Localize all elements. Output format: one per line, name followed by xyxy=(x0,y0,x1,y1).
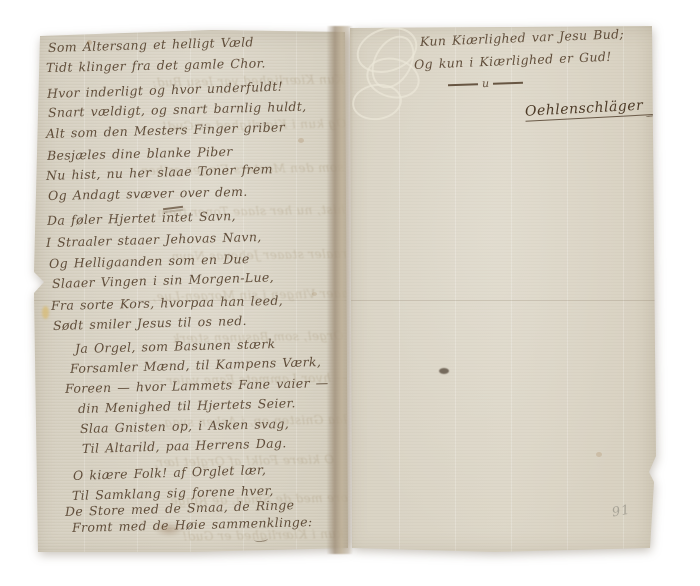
center-fold-crease xyxy=(327,26,353,554)
pencil-number: 91 xyxy=(611,503,632,521)
handwritten-line: Alt som den Mesters Finger griber xyxy=(46,119,285,141)
closing-divider: u xyxy=(448,79,523,90)
horizontal-crease xyxy=(344,300,666,301)
author-signature: Oehlenschläger xyxy=(525,96,670,122)
divider-bar xyxy=(448,84,478,87)
handwritten-line: Hvor inderligt og hvor underfuldt! xyxy=(47,79,283,101)
manuscript-page-right: Kun Kiærlighed var Jesu Bud;Og kun i Kiæ… xyxy=(344,24,666,556)
foxing-spot xyxy=(596,452,602,457)
paper-right: Kun Kiærlighed var Jesu Bud;Og kun i Kiæ… xyxy=(344,24,666,556)
divider-bar xyxy=(493,82,523,85)
handwritten-line: Og Helligaanden som en Due xyxy=(49,251,250,271)
handwritten-line: Tidt klinger fra det gamle Chor. xyxy=(46,55,266,75)
foxing-spot xyxy=(298,138,304,143)
handwritten-line: I Straaler staaer Jehovas Navn, xyxy=(46,229,262,250)
manuscript-page-left: Kun Kiærlighed var Jesu Bud;Og kun i Kiæ… xyxy=(32,30,352,558)
handwritten-line: O kiære Folk! af Orglet lær, xyxy=(73,462,267,483)
handwritten-line: Kun Kiærlighed var Jesu Bud; xyxy=(420,26,625,49)
handwritten-line: Besjæles dine blanke Piber xyxy=(47,144,233,163)
divider-flourish-mark: u xyxy=(478,80,493,89)
paper-watermark xyxy=(351,19,424,80)
handwritten-line: Foreen — hvor Lammets Fane vaier — xyxy=(65,375,329,396)
handwritten-line: Ja Orgel, som Basunen stærk xyxy=(75,336,276,356)
manuscript-photograph: Kun Kiærlighed var Jesu Bud;Og kun i Kiæ… xyxy=(0,0,700,586)
paper-left: Kun Kiærlighed var Jesu Bud;Og kun i Kiæ… xyxy=(32,30,352,558)
paper-edge-spot xyxy=(42,306,49,319)
handwritten-line: Nu hist, nu her slaae Toner frem xyxy=(46,161,273,183)
handwritten-line: Slaa Gnisten op, i Asken svag, xyxy=(80,416,289,436)
handwritten-line: Da føler Hjertet intet Savn, xyxy=(47,208,236,228)
handwritten-line: Og Andagt svæver over dem. xyxy=(48,184,248,203)
dark-fleck xyxy=(439,368,449,374)
handwritten-line: Som Altersang et helligt Væld xyxy=(48,34,254,55)
handwritten-line: Fra sorte Kors, hvorpaa han leed, xyxy=(51,293,283,313)
handwritten-line: Og kun i Kiærlighed er Gud! xyxy=(414,49,612,72)
paper-watermark xyxy=(350,81,405,124)
